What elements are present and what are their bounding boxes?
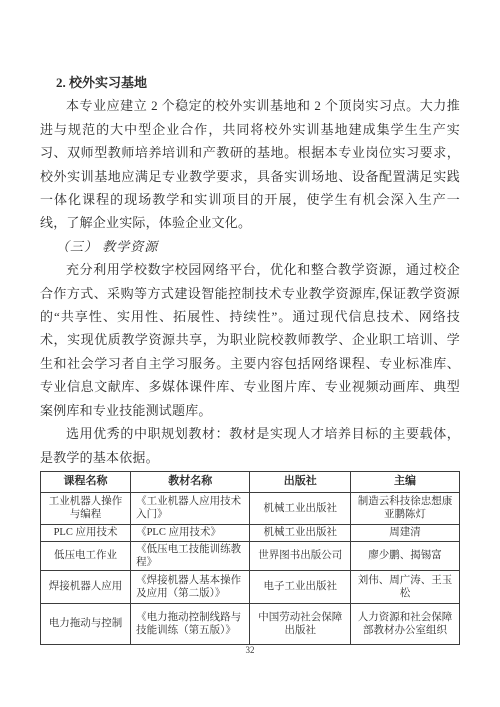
cell-textbook-name: 《工业机器人应用技术入门》 xyxy=(131,492,250,524)
cell-publisher: 机械工业出版社 xyxy=(250,524,351,541)
cell-publisher: 机械工业出版社 xyxy=(250,492,351,524)
table-row: 电力拖动与控制 《电力拖动控制线路与技能训练（第五版）》 中国劳动社会保障出版社… xyxy=(41,603,460,644)
table-header-course-name: 课程名称 xyxy=(41,471,131,492)
cell-chief-editor: 人力资源和社会保障部教材办公室组织 xyxy=(351,603,460,644)
textbook-table: 课程名称 教材名称 出版社 主编 工业机器人操作与编程 《工业机器人应用技术入门… xyxy=(40,471,460,645)
table-header-chief-editor: 主编 xyxy=(351,471,460,492)
document-content: 2. 校外实习基地 本专业应建立 2 个稳定的校外实训基地和 2 个顶岗实习点。… xyxy=(40,0,460,645)
table-header-publisher: 出版社 xyxy=(250,471,351,492)
cell-publisher: 中国劳动社会保障出版社 xyxy=(250,603,351,644)
cell-course-name: 焊接机器人应用 xyxy=(41,570,131,603)
cell-course-name: 低压电工作业 xyxy=(41,541,131,570)
cell-publisher: 电子工业出版社 xyxy=(250,570,351,603)
cell-chief-editor: 刘伟、周广涛、王玉松 xyxy=(351,570,460,603)
cell-course-name: PLC 应用技术 xyxy=(41,524,131,541)
paragraph-internship-base: 本专业应建立 2 个稳定的校外实训基地和 2 个顶岗实习点。大力推进与规范的大中… xyxy=(40,94,460,234)
table-row: 工业机器人操作与编程 《工业机器人应用技术入门》 机械工业出版社 制造云科技徐忠… xyxy=(41,492,460,524)
cell-course-name: 电力拖动与控制 xyxy=(41,603,131,644)
cell-textbook-name: 《电力拖动控制线路与技能训练（第五版）》 xyxy=(131,603,250,644)
cell-chief-editor: 廖少鹏、揭锡富 xyxy=(351,541,460,570)
subsection-heading-teaching-resources: （三） 教学资源 xyxy=(40,235,460,258)
cell-textbook-name: 《焊接机器人基本操作及应用（第二版）》 xyxy=(131,570,250,603)
page-number: 32 xyxy=(0,645,500,655)
section-heading-offcampus-internship-base: 2. 校外实习基地 xyxy=(40,71,460,94)
table-header-row: 课程名称 教材名称 出版社 主编 xyxy=(41,471,460,492)
table-header-textbook-name: 教材名称 xyxy=(131,471,250,492)
table-row: PLC 应用技术 《PLC 应用技术》 机械工业出版社 周建清 xyxy=(41,524,460,541)
cell-chief-editor: 制造云科技徐忠想康亚鹏陈灯 xyxy=(351,492,460,524)
paragraph-textbook-selection: 选用优秀的中职规划教材：教材是实现人才培养目标的主要载体，是教学的基本依据。 xyxy=(40,422,460,469)
cell-textbook-name: 《低压电工技能训练教程》 xyxy=(131,541,250,570)
cell-chief-editor: 周建清 xyxy=(351,524,460,541)
paragraph-teaching-resources: 充分利用学校数字校园网络平台，优化和整合教学资源，通过校企合作方式、采购等方式建… xyxy=(40,258,460,422)
table-row: 焊接机器人应用 《焊接机器人基本操作及应用（第二版）》 电子工业出版社 刘伟、周… xyxy=(41,570,460,603)
document-page: 2. 校外实习基地 本专业应建立 2 个稳定的校外实训基地和 2 个顶岗实习点。… xyxy=(0,0,500,707)
cell-textbook-name: 《PLC 应用技术》 xyxy=(131,524,250,541)
cell-course-name: 工业机器人操作与编程 xyxy=(41,492,131,524)
table-row: 低压电工作业 《低压电工技能训练教程》 世界图书出版公司 廖少鹏、揭锡富 xyxy=(41,541,460,570)
cell-publisher: 世界图书出版公司 xyxy=(250,541,351,570)
